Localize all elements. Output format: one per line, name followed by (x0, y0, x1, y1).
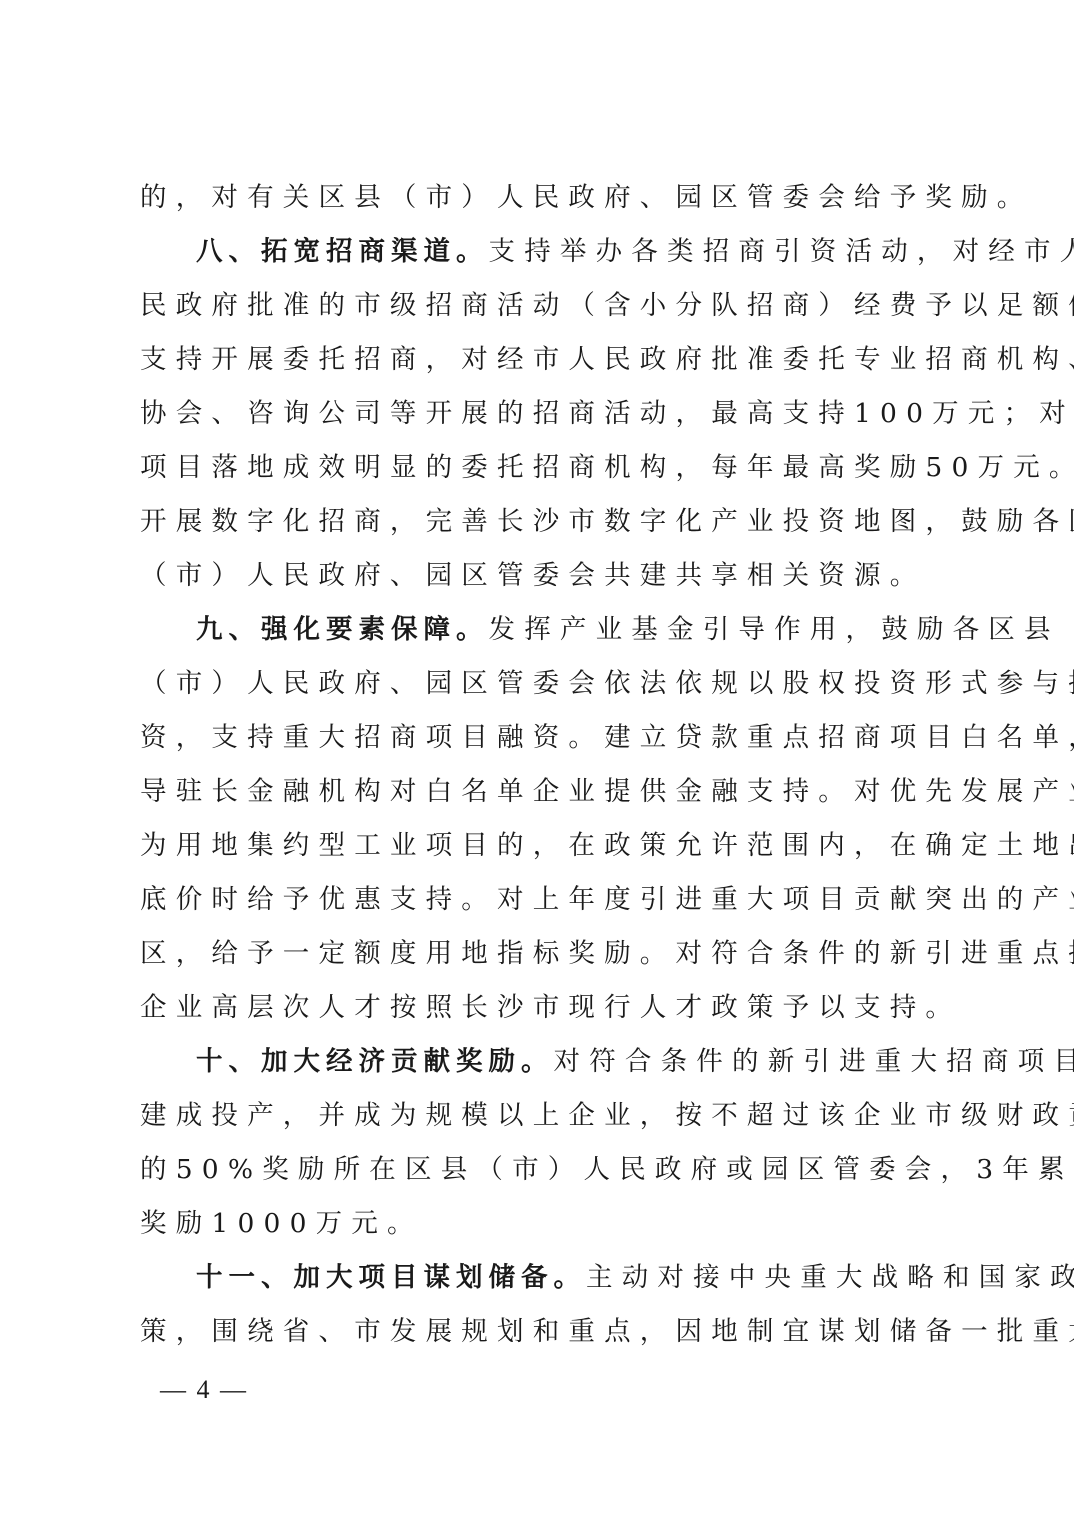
document-page: 的，对有关区县（市）人民政府、园区管委会给予奖励。 八、拓宽招商渠道。支持举办各… (140, 178, 936, 1366)
text-line: 协会、咨询公司等开展的招商活动，最高支持100万元；对促成 (140, 394, 936, 448)
text-line: （市）人民政府、园区管委会依法依规以股权投资形式参与招商引 (140, 664, 936, 718)
section-10-first-line: 十、加大经济贡献奖励。对符合条件的新引进重大招商项目 (140, 1042, 936, 1096)
section-8-first-line: 八、拓宽招商渠道。支持举办各类招商引资活动，对经市人 (140, 232, 936, 286)
section-9-heading: 九、强化要素保障。 (196, 614, 489, 645)
text-line: 的50%奖励所在区县（市）人民政府或园区管委会，3年累计最高 (140, 1150, 936, 1204)
section-11-lead-text: 主动对接中央重大战略和国家政 (586, 1262, 1074, 1293)
text-line: 民政府批准的市级招商活动（含小分队招商）经费予以足额保障。 (140, 286, 936, 340)
text-line: 导驻长金融机构对白名单企业提供金融支持。对优先发展产业且 (140, 772, 936, 826)
section-9-first-line: 九、强化要素保障。发挥产业基金引导作用，鼓励各区县 (140, 610, 936, 664)
section-10-lead-text: 对符合条件的新引进重大招商项目 (554, 1046, 1074, 1077)
text-line: 建成投产，并成为规模以上企业，按不超过该企业市级财政贡献 (140, 1096, 936, 1150)
text-line: 开展数字化招商，完善长沙市数字化产业投资地图，鼓励各区县 (140, 502, 936, 556)
text-line: 支持开展委托招商，对经市人民政府批准委托专业招商机构、商 (140, 340, 936, 394)
section-10-heading: 十、加大经济贡献奖励。 (196, 1046, 554, 1077)
page-number: — 4 — (160, 1370, 248, 1410)
text-line: 底价时给予优惠支持。对上年度引进重大项目贡献突出的产业园 (140, 880, 936, 934)
text-line: 企业高层次人才按照长沙市现行人才政策予以支持。 (140, 988, 936, 1042)
text-line: （市）人民政府、园区管委会共建共享相关资源。 (140, 556, 936, 610)
section-11-heading: 十一、加大项目谋划储备。 (196, 1262, 586, 1293)
text-line: 区，给予一定额度用地指标奖励。对符合条件的新引进重点招商 (140, 934, 936, 988)
text-line: 项目落地成效明显的委托招商机构，每年最高奖励50万元。支持 (140, 448, 936, 502)
text-line: 为用地集约型工业项目的，在政策允许范围内，在确定土地出让 (140, 826, 936, 880)
section-8-lead-text: 支持举办各类招商引资活动，对经市人 (489, 236, 1074, 267)
section-11-first-line: 十一、加大项目谋划储备。主动对接中央重大战略和国家政 (140, 1258, 936, 1312)
section-8-heading: 八、拓宽招商渠道。 (196, 236, 489, 267)
text-line: 的，对有关区县（市）人民政府、园区管委会给予奖励。 (140, 178, 936, 232)
section-9-lead-text: 发挥产业基金引导作用，鼓励各区县 (489, 614, 1060, 645)
text-line: 奖励1000万元。 (140, 1204, 936, 1258)
text-line: 资，支持重大招商项目融资。建立贷款重点招商项目白名单，引 (140, 718, 936, 772)
text-line: 策，围绕省、市发展规划和重点，因地制宜谋划储备一批重大招 (140, 1312, 936, 1366)
